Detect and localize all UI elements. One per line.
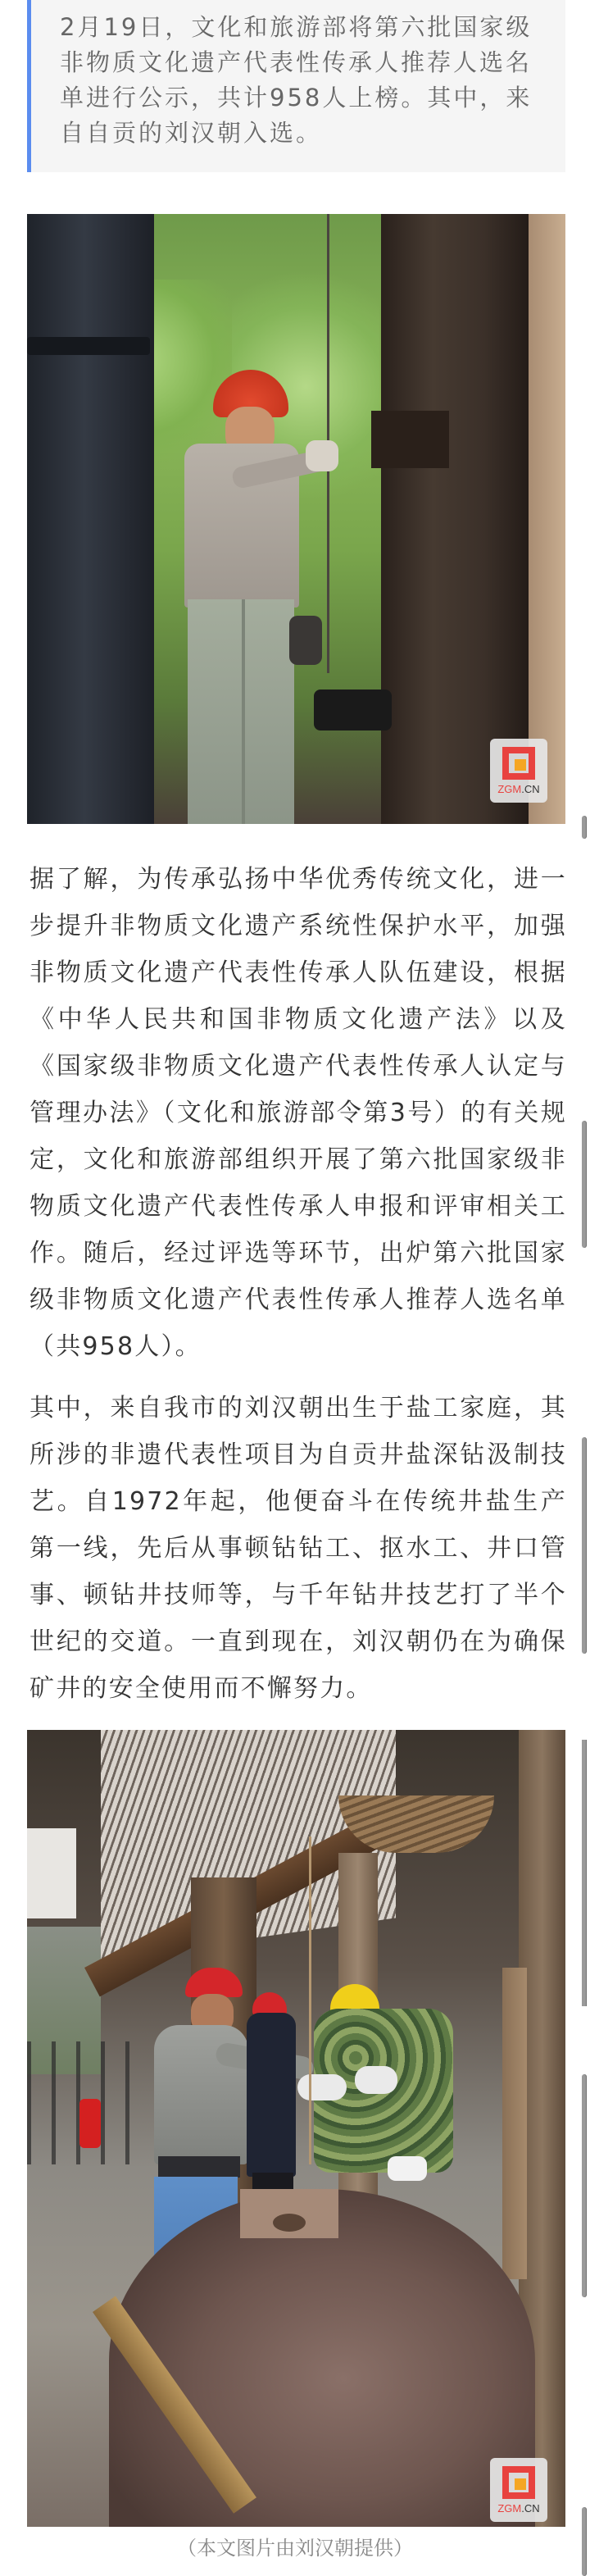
photo-liu-hanchao-at-derrick: ZGM.CN bbox=[27, 214, 565, 824]
fire-extinguisher bbox=[79, 2099, 101, 2148]
photo-workers-at-salt-well: ZGM.CN bbox=[27, 1730, 565, 2527]
drilling-rope bbox=[309, 1836, 311, 2164]
body-paragraph-1: 据了解，为传承弘扬中华优秀传统文化，进一步提升非物质文化遗产系统性保护水平，加强… bbox=[29, 856, 567, 1370]
lead-quote-text: 2月19日，文化和旅游部将第六批国家级非物质文化遗产代表性传承人推荐人选名单进行… bbox=[60, 10, 551, 151]
wooden-pillar-left bbox=[27, 214, 154, 824]
scrollbar-thumb[interactable] bbox=[582, 2507, 587, 2576]
zgm-watermark: ZGM.CN bbox=[490, 2458, 547, 2522]
scrollbar-thumb[interactable] bbox=[582, 816, 587, 839]
image-credit-caption: （本文图片由刘汉朝提供） bbox=[0, 2533, 590, 2563]
body-paragraph-2: 其中，来自我市的刘汉朝出生于盐工家庭，其所涉的非遗代表性项目为自贡井盐深钻汲制技… bbox=[29, 1385, 567, 1712]
scrollbar-thumb[interactable] bbox=[582, 1437, 587, 1654]
scrollbar-thumb[interactable] bbox=[582, 2074, 587, 2297]
lead-blockquote: 2月19日，文化和旅游部将第六批国家级非物质文化遗产代表性传承人推荐人选名单进行… bbox=[27, 0, 565, 172]
wooden-pillar-right bbox=[381, 214, 529, 824]
salt-well-mouth bbox=[109, 2189, 535, 2527]
zgm-watermark: ZGM.CN bbox=[490, 739, 547, 803]
scrollbar-thumb[interactable] bbox=[582, 1740, 587, 2006]
worker-pants bbox=[188, 599, 294, 824]
scrollbar-thumb[interactable] bbox=[582, 1121, 587, 1248]
